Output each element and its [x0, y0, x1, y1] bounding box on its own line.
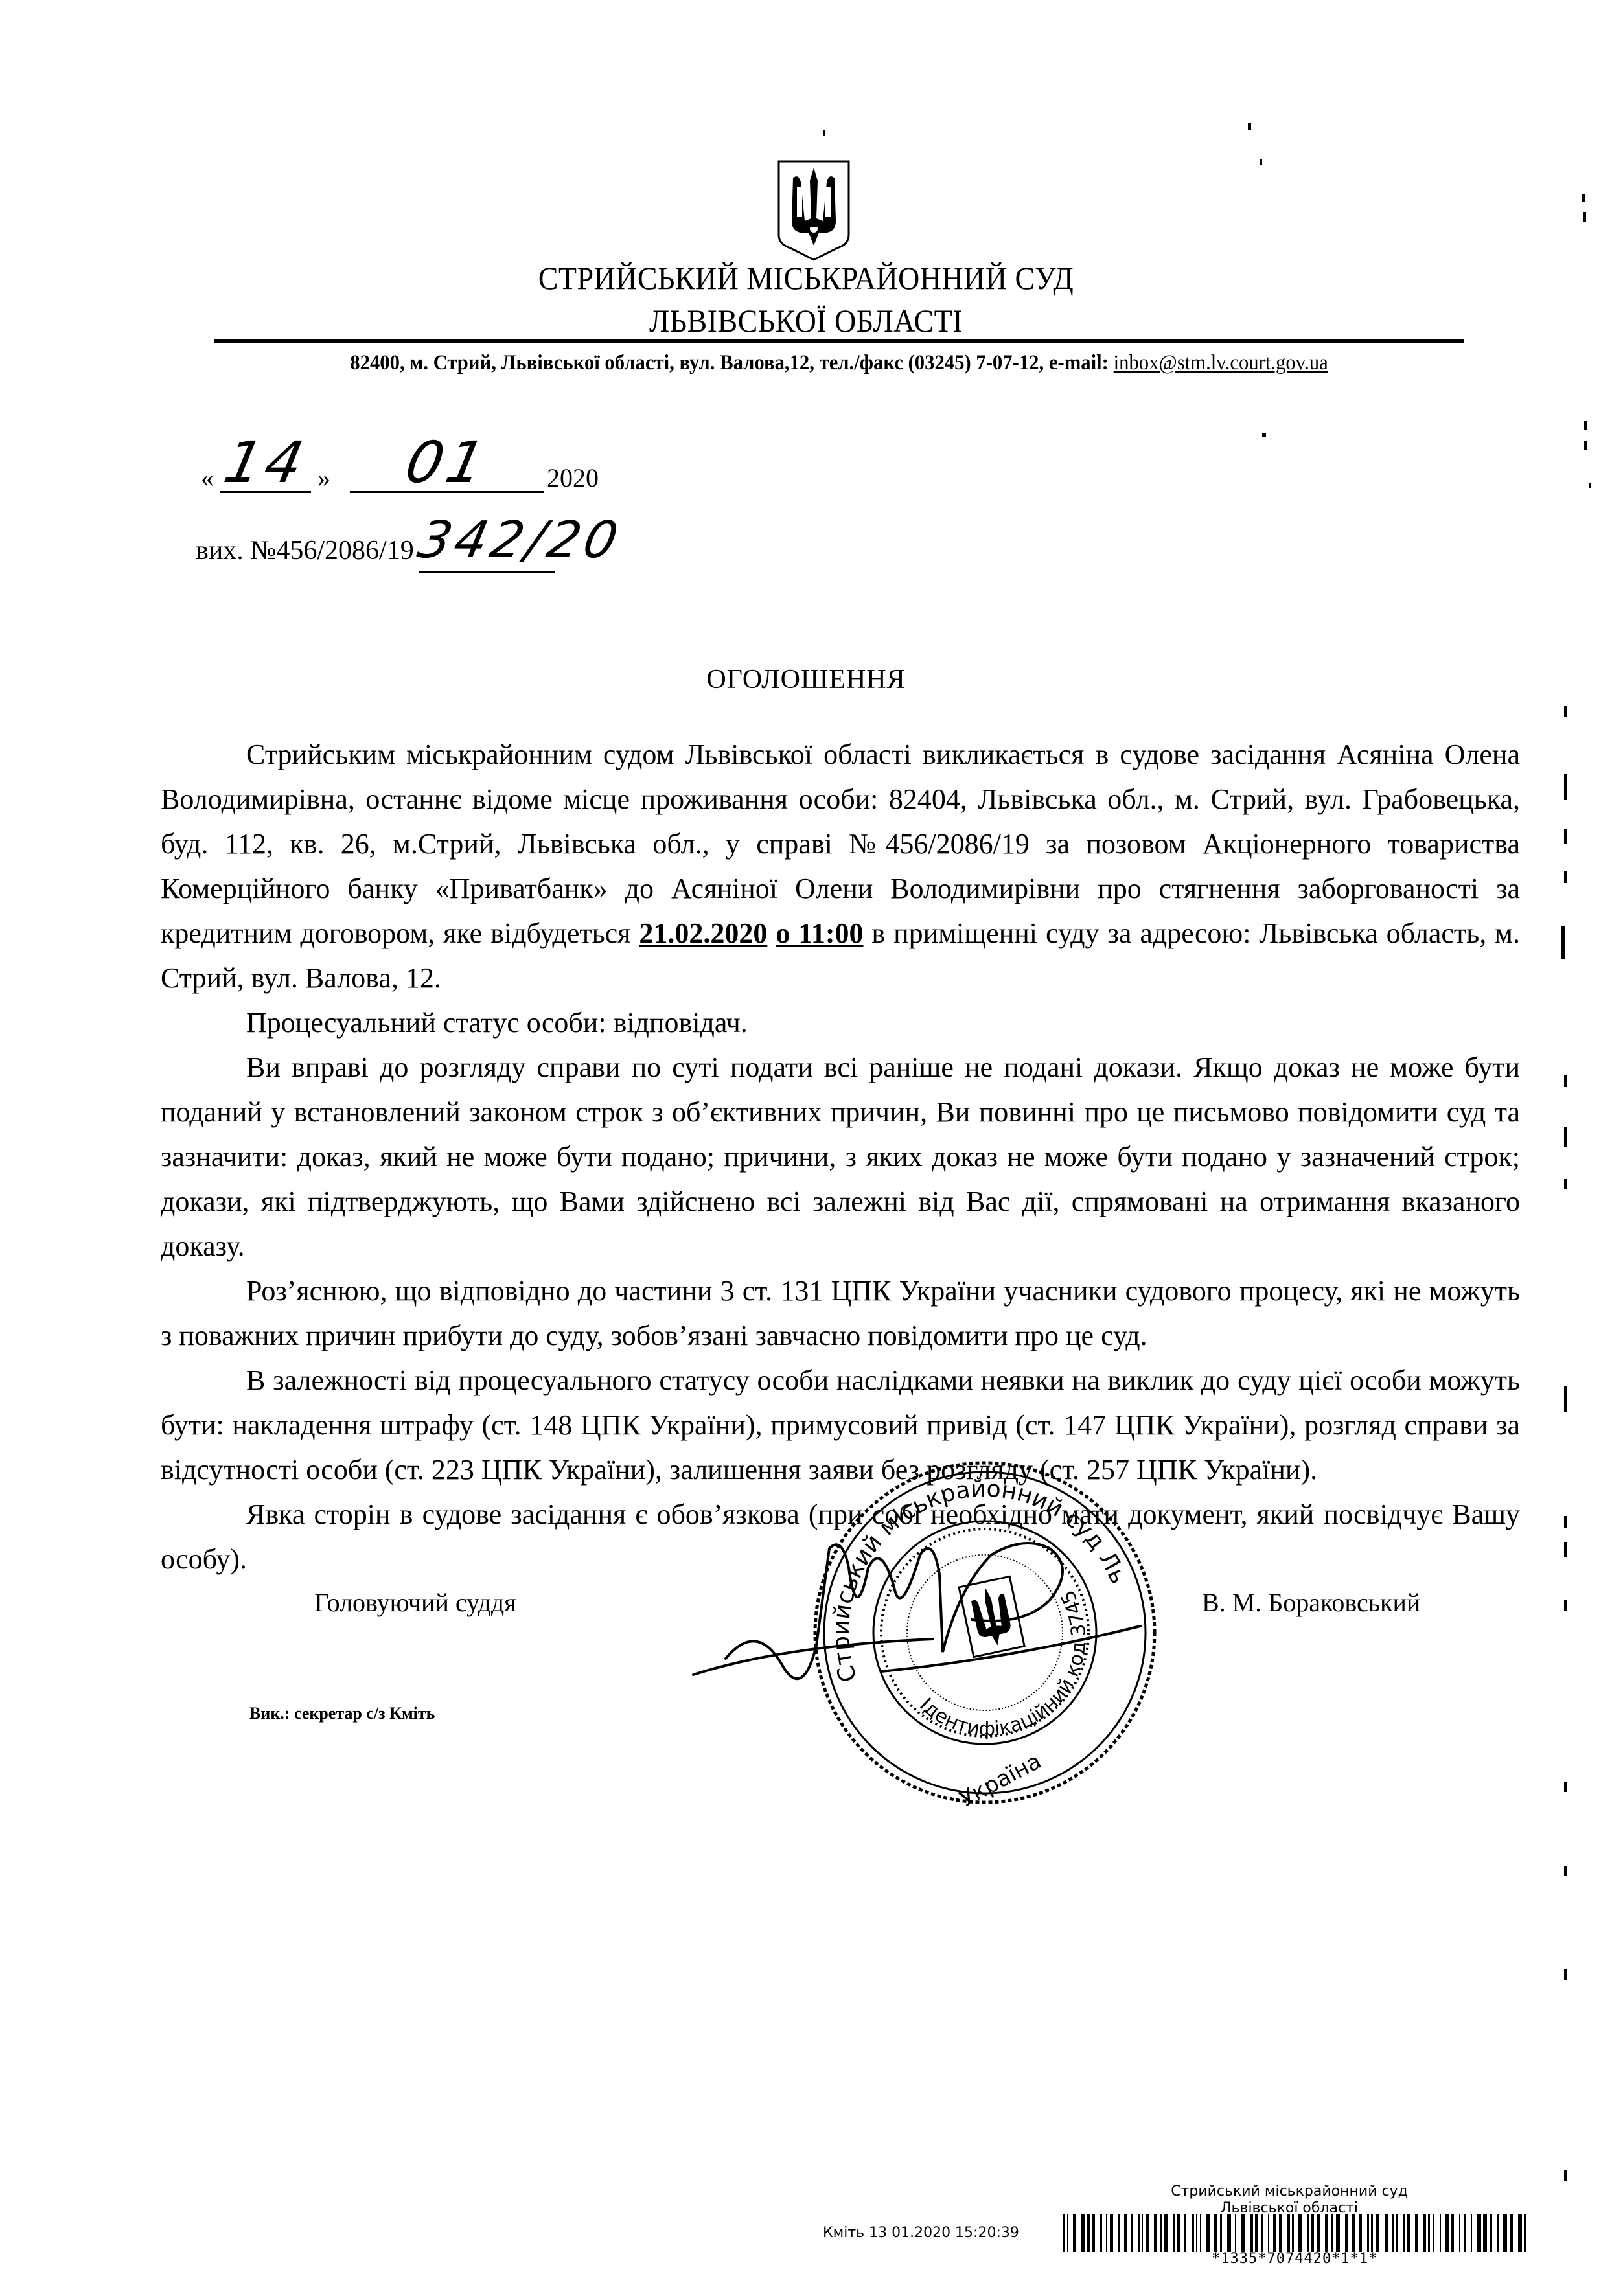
date-line: « 14 » 012020 [201, 434, 599, 493]
registration-timestamp: Кміть 13 01.2020 15:20:39 [823, 2214, 1019, 2252]
judge-signature [687, 1529, 1153, 1697]
signature-label: Головуючий суддя [314, 1587, 516, 1618]
stamp-country: Україна [956, 1748, 1046, 1812]
hearing-date: 21.02.2020 [639, 917, 767, 949]
hearing-time: о 11:00 [776, 917, 863, 949]
trident-coat-of-arms-icon [775, 159, 853, 262]
date-day-handwritten: 14 [220, 434, 312, 491]
date-day-field: 14 [220, 434, 311, 493]
header-divider [214, 339, 1464, 343]
date-month-field: 01 [350, 434, 544, 493]
judge-name: В. М. Бораковський [1202, 1587, 1420, 1618]
paragraph-evidence: Ви вправі до розгляду справи по суті под… [161, 1045, 1520, 1269]
court-name-line2: ЛЬВІВСЬКОЇ ОБЛАСТІ [65, 302, 1548, 339]
outgoing-prefix: вих. №456/2086/19 [196, 536, 414, 566]
paragraph-status: Процесуальний статус особи: відповідач. [161, 1000, 1520, 1045]
court-address: 82400, м. Стрий, Львівської області, вул… [258, 347, 1421, 378]
paragraph-explanation: Роз’яснюю, що відповідно до частини 3 ст… [161, 1269, 1520, 1358]
outgoing-number: вих. №456/2086/19342/20 [196, 512, 555, 573]
date-year: 2020 [547, 463, 599, 492]
outgoing-suffix-field: 342/20 [419, 512, 555, 573]
email-link[interactable]: inbox@stm.lv.court.gov.ua [1114, 351, 1328, 374]
open-quote: « [201, 463, 214, 492]
barcode-number: *1335*7074420*1*1* [1212, 2251, 1377, 2267]
paragraph-summons: Стрийським міськрайонним судом Львівсько… [161, 732, 1520, 1000]
executor-note: Вик.: секретар с/з Кміть [249, 1704, 435, 1723]
registration-court: Стрийський міськрайонний суд Львівської … [1160, 2183, 1419, 2217]
address-text: 82400, м. Стрий, Львівської області, вул… [350, 351, 1113, 374]
court-name-line1: СТРИЙСЬКИЙ МІСЬКРАЙОННИЙ СУД [65, 259, 1548, 297]
document-title: ОГОЛОШЕННЯ [0, 664, 1612, 695]
registration-court-line1: Стрийський міськрайонний суд [1160, 2183, 1419, 2200]
outgoing-handwritten: 342/20 [413, 512, 626, 569]
barcode-icon [1063, 2214, 1529, 2252]
date-month-handwritten: 01 [401, 434, 494, 491]
close-quote: » [317, 463, 330, 492]
